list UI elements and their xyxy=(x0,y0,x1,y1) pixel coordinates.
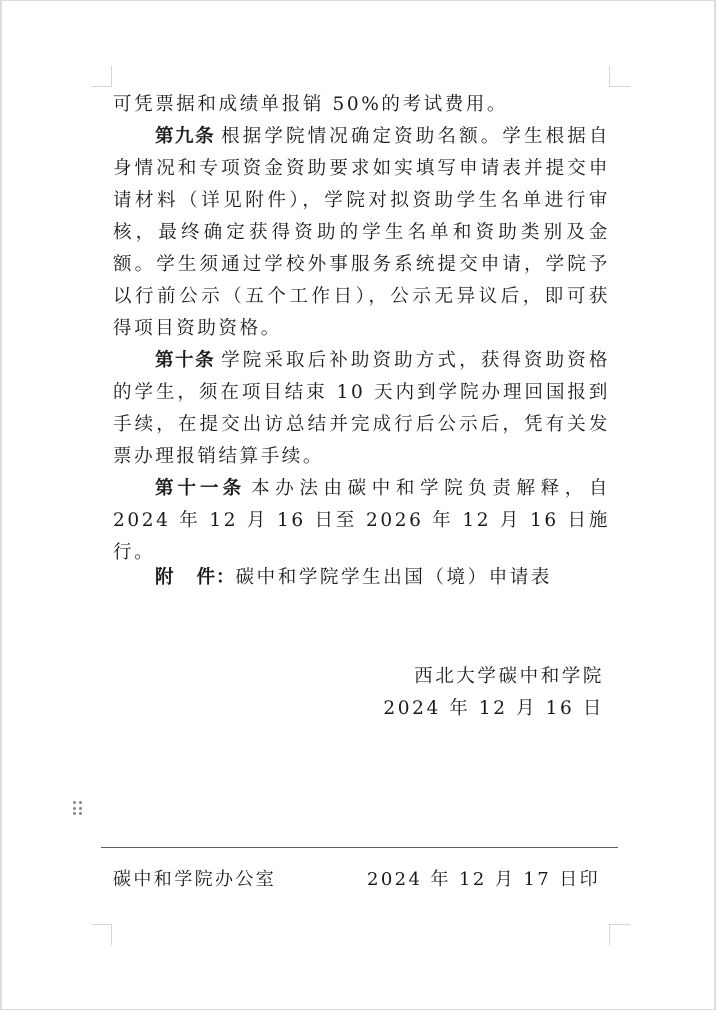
paragraph-continuation[interactable]: 可凭票据和成绩单报销 50%的考试费用。 xyxy=(113,89,610,121)
drag-dot xyxy=(73,801,76,804)
margin-corner-bottom-right xyxy=(609,924,630,945)
drag-dot xyxy=(73,812,76,815)
signature-date: 2024 年 12 月 16 日 xyxy=(383,693,604,725)
article-9[interactable]: 第九条根据学院情况确定资助名额。学生根据自身情况和专项资金资助要求如实填写申请表… xyxy=(113,121,610,345)
footer-divider xyxy=(101,847,618,848)
drag-handle-icon[interactable] xyxy=(73,801,82,815)
document-page: 可凭票据和成绩单报销 50%的考试费用。 第九条根据学院情况确定资助名额。学生根… xyxy=(0,0,716,1010)
attachment-value: 碳中和学院学生出国（境）申请表 xyxy=(236,567,553,588)
footer-issuer: 碳中和学院办公室 xyxy=(113,865,276,895)
attachment-label: 附件： xyxy=(155,567,236,588)
margin-corner-bottom-left xyxy=(91,924,112,945)
margin-corner-top-left xyxy=(91,66,112,87)
paragraph-text: 根据学院情况确定资助名额。学生根据自身情况和专项资金资助要求如实填写申请表并提交… xyxy=(113,126,610,339)
margin-corner-top-right xyxy=(609,66,630,87)
article-title: 第九条 xyxy=(155,126,215,147)
article-11[interactable]: 第十一条本办法由碳中和学院负责解释，自 2024 年 12 月 16 日至 20… xyxy=(113,473,610,569)
footer-print-date: 2024 年 12 月 17 日印 xyxy=(367,865,600,895)
document-body[interactable]: 可凭票据和成绩单报销 50%的考试费用。 第九条根据学院情况确定资助名额。学生根… xyxy=(113,89,610,569)
article-10[interactable]: 第十条学院采取后补助资助方式，获得资助资格的学生，须在项目结束 10 天内到学院… xyxy=(113,345,610,473)
drag-dot xyxy=(79,801,82,804)
signature-organization: 西北大学碳中和学院 xyxy=(383,661,604,693)
attachment-line[interactable]: 附件：碳中和学院学生出国（境）申请表 xyxy=(155,562,552,594)
article-title: 第十一条 xyxy=(155,478,245,499)
signature-block[interactable]: 西北大学碳中和学院 2024 年 12 月 16 日 xyxy=(383,661,604,725)
drag-dot xyxy=(73,807,76,810)
drag-dot xyxy=(79,807,82,810)
paragraph-text: 可凭票据和成绩单报销 50%的考试费用。 xyxy=(113,94,508,115)
drag-dot xyxy=(79,812,82,815)
article-title: 第十条 xyxy=(155,350,215,371)
